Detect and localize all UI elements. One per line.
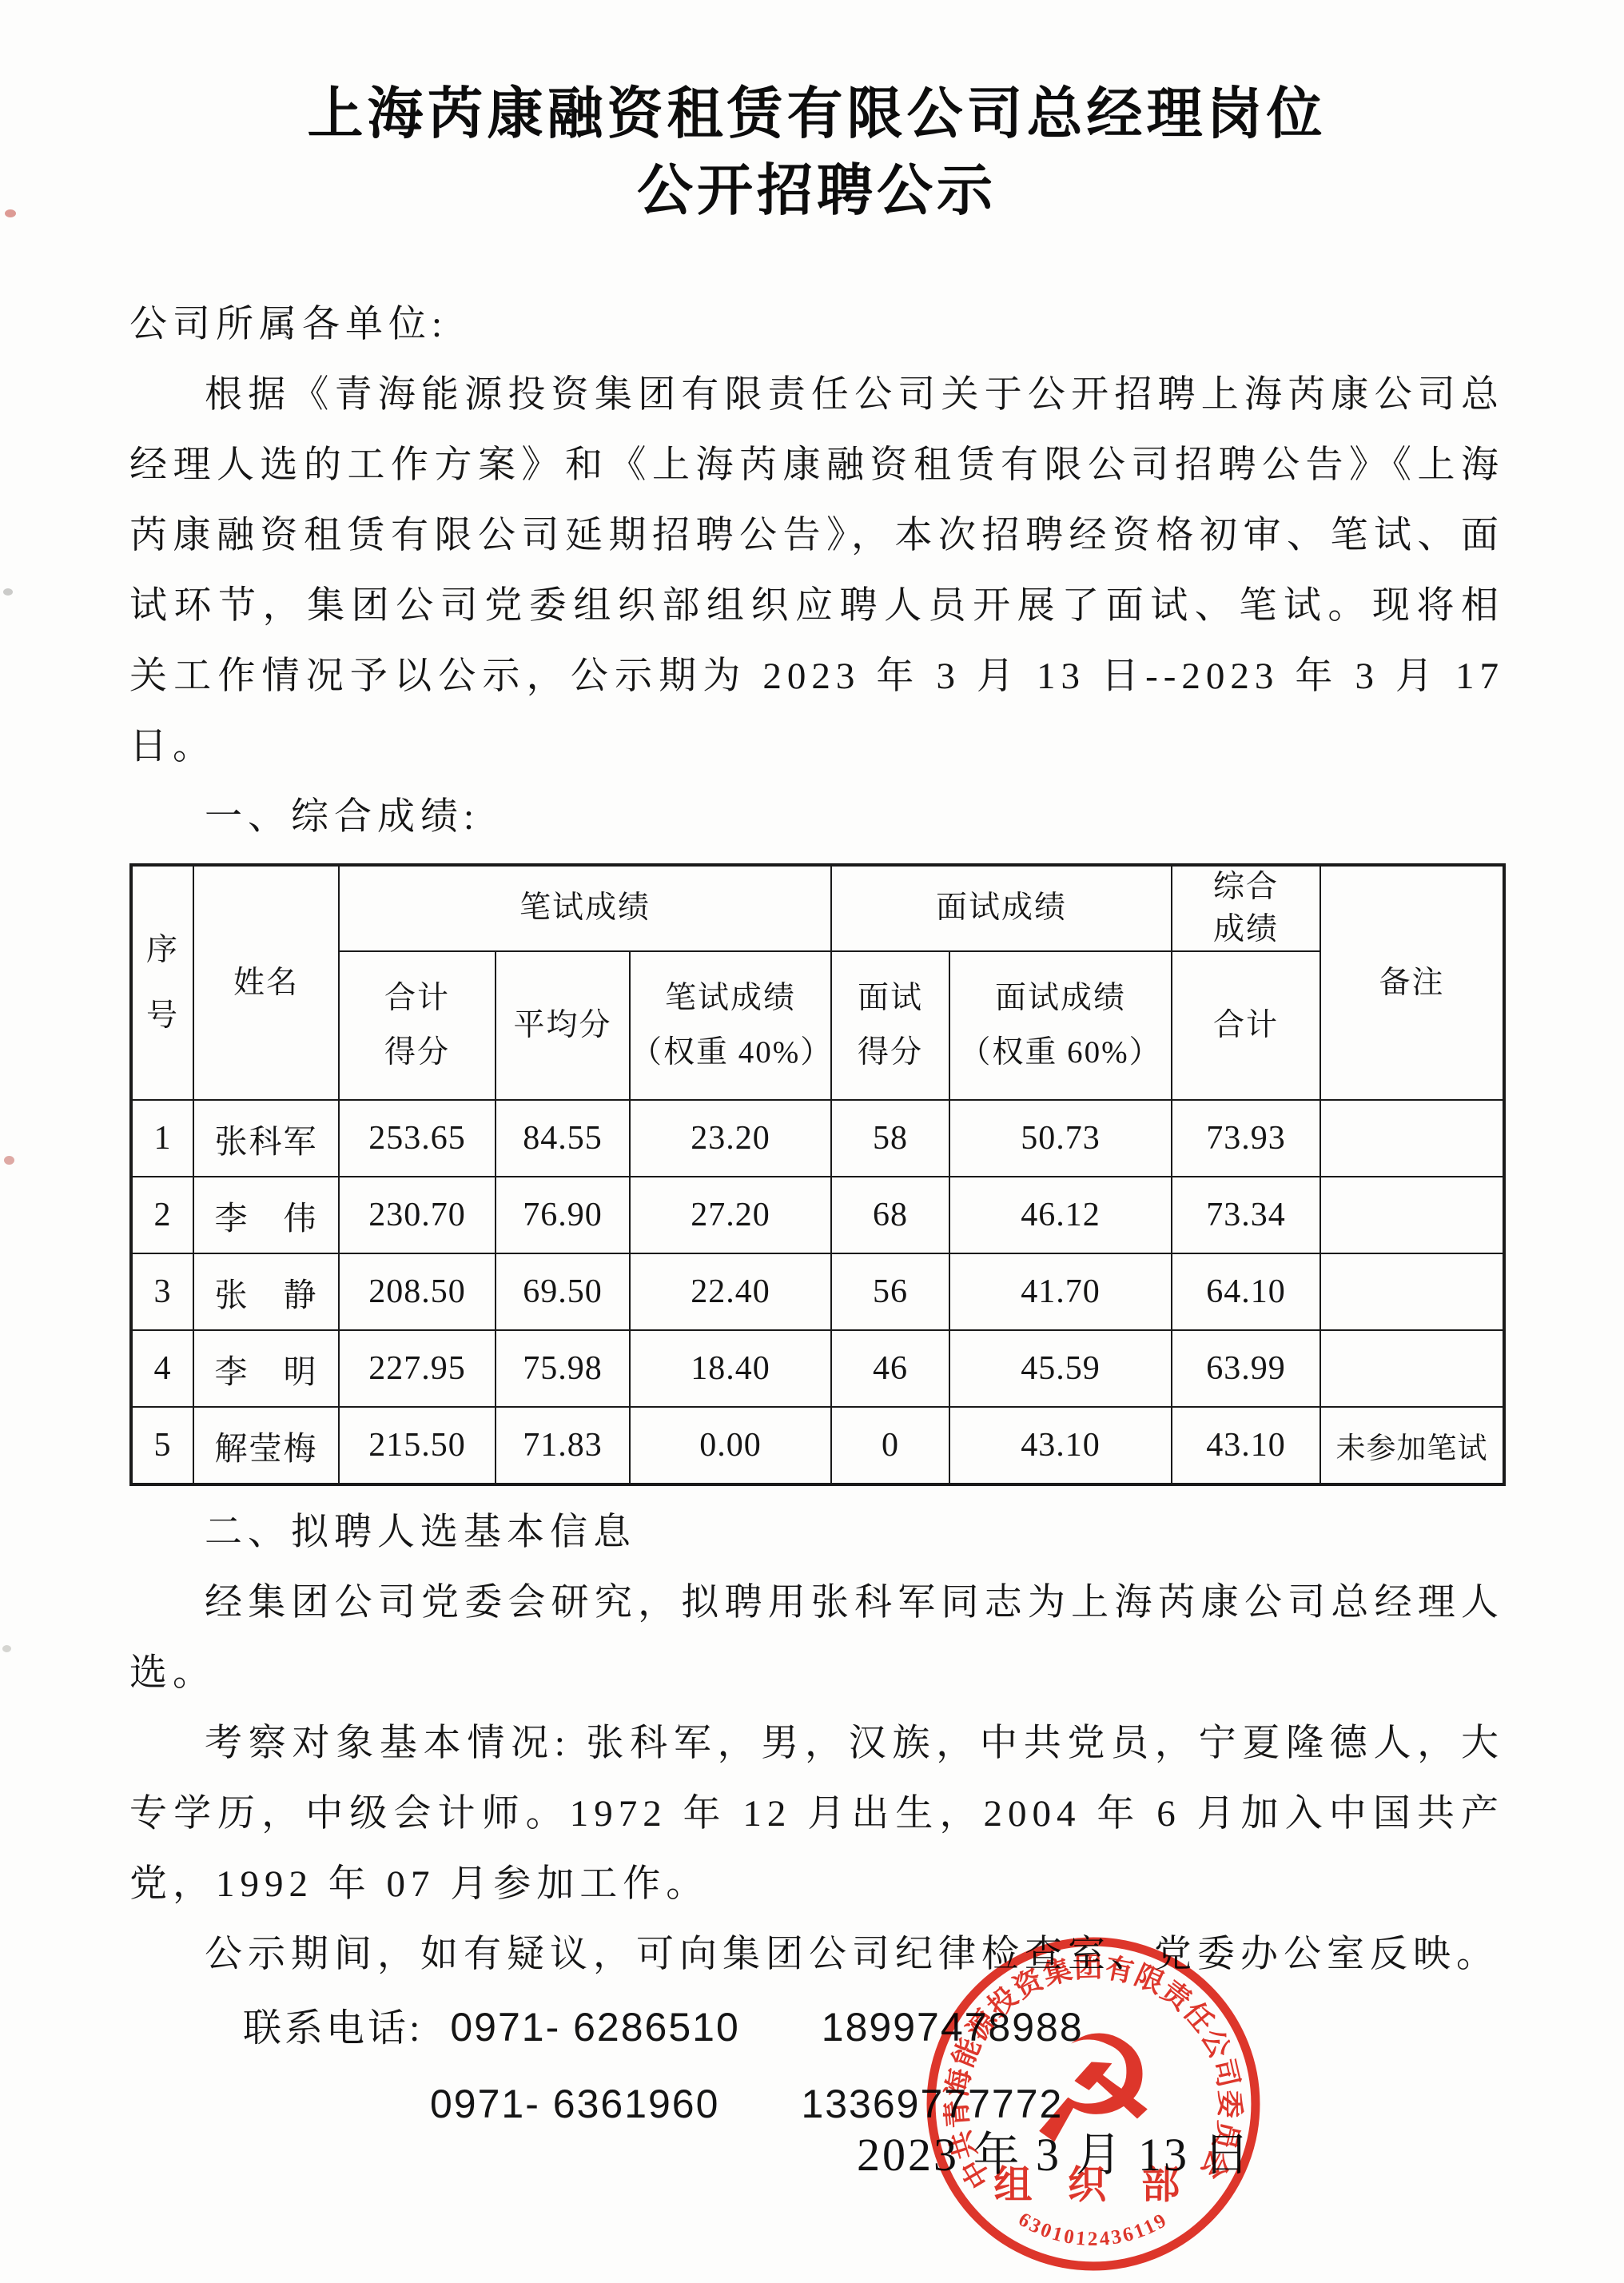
cell-written-total: 253.65	[339, 1100, 496, 1177]
cell-composite: 64.10	[1172, 1253, 1320, 1330]
cell-written-weighted: 0.00	[630, 1407, 831, 1484]
cell-seq: 5	[131, 1407, 193, 1484]
cell-interview-score: 46	[831, 1330, 949, 1407]
table-row: 3 张 静 208.50 69.50 22.40 56 41.70 64.10	[131, 1253, 1504, 1330]
document-title: 上海芮康融资租赁有限公司总经理岗位 公开招聘公示	[129, 77, 1504, 230]
cell-interview-score: 68	[831, 1177, 949, 1253]
table-row: 2 李 伟 230.70 76.90 27.20 68 46.12 73.34	[131, 1177, 1504, 1253]
col-header-remark: 备注	[1320, 865, 1504, 1100]
official-stamp: 中共青海能源投资集团有限责任公司委员会 ☭ 组 织 部 630101243611…	[921, 1931, 1266, 2277]
cell-interview-score: 56	[831, 1253, 949, 1330]
col-header-name: 姓名	[193, 865, 339, 1100]
cell-interview-score: 58	[831, 1100, 949, 1177]
cell-seq: 1	[131, 1100, 193, 1177]
cell-written-avg: 84.55	[496, 1100, 630, 1177]
col-header-interview-weighted: 面试成绩 （权重 60%）	[949, 951, 1172, 1100]
cell-name: 解莹梅	[193, 1407, 339, 1484]
cell-written-total: 227.95	[339, 1330, 496, 1407]
cell-interview-weighted: 46.12	[949, 1177, 1172, 1253]
contact-label: 联系电话:	[243, 2007, 423, 2050]
col-header-written-weighted: 笔试成绩 （权重 40%）	[630, 951, 831, 1100]
col-header-interview-group: 面试成绩	[831, 865, 1172, 951]
section-1-heading: 一、综合成绩:	[129, 782, 1504, 852]
cell-seq: 3	[131, 1253, 193, 1330]
col-header-seq: 序 号	[131, 865, 193, 1100]
table-row: 5 解莹梅 215.50 71.83 0.00 0 43.10 43.10 未参…	[131, 1407, 1504, 1484]
cell-interview-weighted: 43.10	[949, 1407, 1172, 1484]
cell-composite: 43.10	[1172, 1407, 1320, 1484]
cell-name: 李 伟	[193, 1177, 339, 1253]
cell-interview-score: 0	[831, 1407, 949, 1484]
cell-composite: 73.93	[1172, 1100, 1320, 1177]
col-header-written-group: 笔试成绩	[339, 865, 831, 951]
cell-written-weighted: 18.40	[630, 1330, 831, 1407]
title-line-1: 上海芮康融资租赁有限公司总经理岗位	[129, 77, 1504, 153]
phone-landline-1: 0971- 6286510	[450, 2005, 739, 2050]
cell-remark	[1320, 1100, 1504, 1177]
col-header-written-avg: 平均分	[496, 951, 630, 1100]
cell-name: 张 静	[193, 1253, 339, 1330]
title-line-2: 公开招聘公示	[129, 153, 1504, 230]
table-row: 4 李 明 227.95 75.98 18.40 46 45.59 63.99	[131, 1330, 1504, 1407]
scan-artifact	[2, 1645, 11, 1652]
objection-paragraph: 公示期间，如有疑议，可向集团公司纪律检查室、党委办公室反映。	[129, 1919, 1504, 1990]
col-header-written-total: 合计 得分	[339, 951, 496, 1100]
cell-written-avg: 71.83	[496, 1407, 630, 1484]
col-header-composite-group: 综合 成绩	[1172, 865, 1320, 951]
cell-written-avg: 69.50	[496, 1253, 630, 1330]
scan-artifact	[4, 1156, 14, 1165]
cell-written-total: 215.50	[339, 1407, 496, 1484]
cell-seq: 2	[131, 1177, 193, 1253]
decision-paragraph: 经集团公司党委会研究，拟聘用张科军同志为上海芮康公司总经理人选。	[129, 1568, 1504, 1708]
cell-remark: 未参加笔试	[1320, 1407, 1504, 1484]
stamp-dept-label: 组 织 部	[993, 2165, 1192, 2207]
contact-line-1: 联系电话: 0971- 6286510 18997478988	[129, 1990, 1504, 2066]
cell-written-avg: 75.98	[496, 1330, 630, 1407]
cell-remark	[1320, 1253, 1504, 1330]
scan-artifact	[3, 588, 13, 596]
cell-written-weighted: 27.20	[630, 1177, 831, 1253]
cell-name: 张科军	[193, 1100, 339, 1177]
cell-written-weighted: 22.40	[630, 1253, 831, 1330]
stamp-serial-number: 6301012436119	[1015, 2209, 1172, 2250]
intro-paragraph: 根据《青海能源投资集团有限责任公司关于公开招聘上海芮康公司总经理人选的工作方案》…	[129, 360, 1504, 782]
scores-table: 序 号 姓名 笔试成绩 面试成绩 综合 成绩 备注 合计 得分 平均分 笔试成绩…	[129, 863, 1506, 1486]
hammer-sickle-icon: ☭	[1027, 2003, 1160, 2177]
scan-artifact	[5, 209, 16, 217]
cell-written-avg: 76.90	[496, 1177, 630, 1253]
cell-interview-weighted: 45.59	[949, 1330, 1172, 1407]
cell-composite: 73.34	[1172, 1177, 1320, 1253]
cell-name: 李 明	[193, 1330, 339, 1407]
salutation: 公司所属各单位:	[129, 289, 1504, 360]
table-row: 1 张科军 253.65 84.55 23.20 58 50.73 73.93	[131, 1100, 1504, 1177]
col-header-composite-total: 合计	[1172, 951, 1320, 1100]
cell-interview-weighted: 41.70	[949, 1253, 1172, 1330]
section-2-heading: 二、拟聘人选基本信息	[129, 1497, 1504, 1568]
cell-written-weighted: 23.20	[630, 1100, 831, 1177]
contact-line-2: 0971- 6361960 13369777772	[129, 2066, 1504, 2143]
document-content: 上海芮康融资租赁有限公司总经理岗位 公开招聘公示 公司所属各单位: 根据《青海能…	[129, 0, 1504, 2143]
phone-landline-2: 0971- 6361960	[430, 2082, 719, 2126]
cell-written-total: 230.70	[339, 1177, 496, 1253]
document-page: 上海芮康融资租赁有限公司总经理岗位 公开招聘公示 公司所属各单位: 根据《青海能…	[0, 0, 1624, 2283]
col-header-interview-score: 面试 得分	[831, 951, 949, 1100]
cell-remark	[1320, 1177, 1504, 1253]
cell-remark	[1320, 1330, 1504, 1407]
cell-composite: 63.99	[1172, 1330, 1320, 1407]
cell-seq: 4	[131, 1330, 193, 1407]
cell-written-total: 208.50	[339, 1253, 496, 1330]
cell-interview-weighted: 50.73	[949, 1100, 1172, 1177]
profile-paragraph: 考察对象基本情况: 张科军，男，汉族，中共党员，宁夏隆德人，大专学历，中级会计师…	[129, 1708, 1504, 1919]
stamp-graphic: 中共青海能源投资集团有限责任公司委员会 ☭ 组 织 部 630101243611…	[921, 1931, 1266, 2277]
